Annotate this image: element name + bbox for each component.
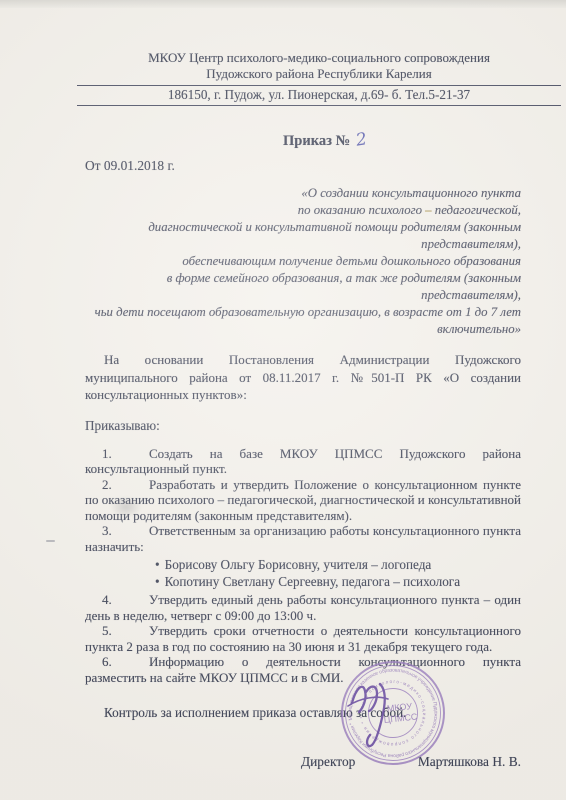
scan-smudge-artifact — [110, 496, 142, 518]
order-item-4: 4.Утвердить единый день работы консульта… — [85, 592, 521, 623]
letterhead: МКОУ Центр психолого-медико-социального … — [47, 50, 561, 106]
item-number: 6. — [102, 654, 149, 670]
stamp-ring-inner-text: * центр психолого-медико-социального соп… — [354, 674, 433, 753]
item-number: 2. — [102, 477, 149, 493]
organization-name: МКОУ Центр психолого-медико-социального … — [77, 50, 561, 86]
stamp-outer-ring — [342, 662, 444, 764]
appointee-text: Копотину Светлану Сергеевну, педагога – … — [165, 574, 460, 589]
order-item-3: 3.Ответственным за организацию работы ко… — [85, 523, 521, 554]
subject-line: обеспечивающим получение детьми дошкольн… — [85, 253, 521, 270]
item-text: Утвердить единый день работы консультаци… — [85, 592, 521, 623]
appointee-text: Борисову Ольгу Борисовну, учителя – лого… — [165, 557, 432, 572]
bullet-marker: • — [155, 574, 160, 589]
appointee-item: •Копотину Светлану Сергеевну, педагога –… — [155, 573, 521, 590]
item-number: 5. — [102, 623, 149, 639]
subject-line: по оказанию психолого – педагогической, — [85, 202, 521, 219]
directive-word: Приказываю: — [85, 417, 521, 434]
order-title: Приказ №2 — [85, 130, 521, 150]
subject-line: в форме семейного образования, а так же … — [85, 270, 521, 304]
subject-line: диагностической и консультативной помощи… — [85, 219, 521, 253]
item-number: 3. — [102, 523, 149, 539]
organization-address: 186150, г. Пудож, ул. Пионерская, д.69- … — [77, 86, 561, 106]
appointee-item: •Борисову Ольгу Борисовну, учителя – лог… — [155, 556, 521, 573]
appointee-list: •Борисову Ольгу Борисовну, учителя – лог… — [155, 556, 521, 590]
order-date: От 09.01.2018 г. — [85, 158, 521, 174]
subject-line: «О создании консультационного пункта — [85, 185, 521, 202]
official-stamp: Муниципальное казенное образовательное у… — [322, 646, 464, 778]
item-number: 4. — [102, 592, 149, 608]
order-subject: «О создании консультационного пункта по … — [85, 185, 521, 338]
scanned-order-document: МКОУ Центр психолого-медико-социального … — [0, 0, 566, 800]
scan-dash-artifact — [46, 540, 55, 542]
subject-line: включительно» — [85, 321, 521, 338]
bullet-marker: • — [155, 557, 160, 572]
stamp-graphic: Муниципальное казенное образовательное у… — [340, 660, 446, 766]
subject-line2-post: педагогической, — [432, 203, 521, 217]
subject-line2-pre: по оказанию психолого — [298, 203, 425, 217]
item-text: Ответственным за организацию работы конс… — [85, 523, 521, 554]
stamp-center-line2: ЦПМСС — [383, 711, 418, 725]
order-number-handwritten: 2 — [355, 129, 369, 150]
item-number: 1. — [102, 446, 149, 462]
order-title-label: Приказ № — [283, 133, 350, 149]
subject-line: чьи дети посещают образовательную органи… — [85, 304, 521, 321]
item-text: Создать на базе МКОУ ЦПМСС Пудожского ра… — [85, 446, 521, 477]
organization-name-line2: Пудожского района Республики Карелия — [77, 66, 561, 82]
organization-name-line1: МКОУ Центр психолого-медико-социального … — [77, 50, 561, 66]
order-item-1: 1.Создать на базе МКОУ ЦПМСС Пудожского … — [85, 446, 521, 477]
order-item-2: 2.Разработать и утвердить Положение о ко… — [85, 477, 521, 524]
item-text: Разработать и утвердить Положение о конс… — [85, 477, 521, 523]
basis-paragraph: На основании Постановления Администрации… — [85, 351, 521, 404]
